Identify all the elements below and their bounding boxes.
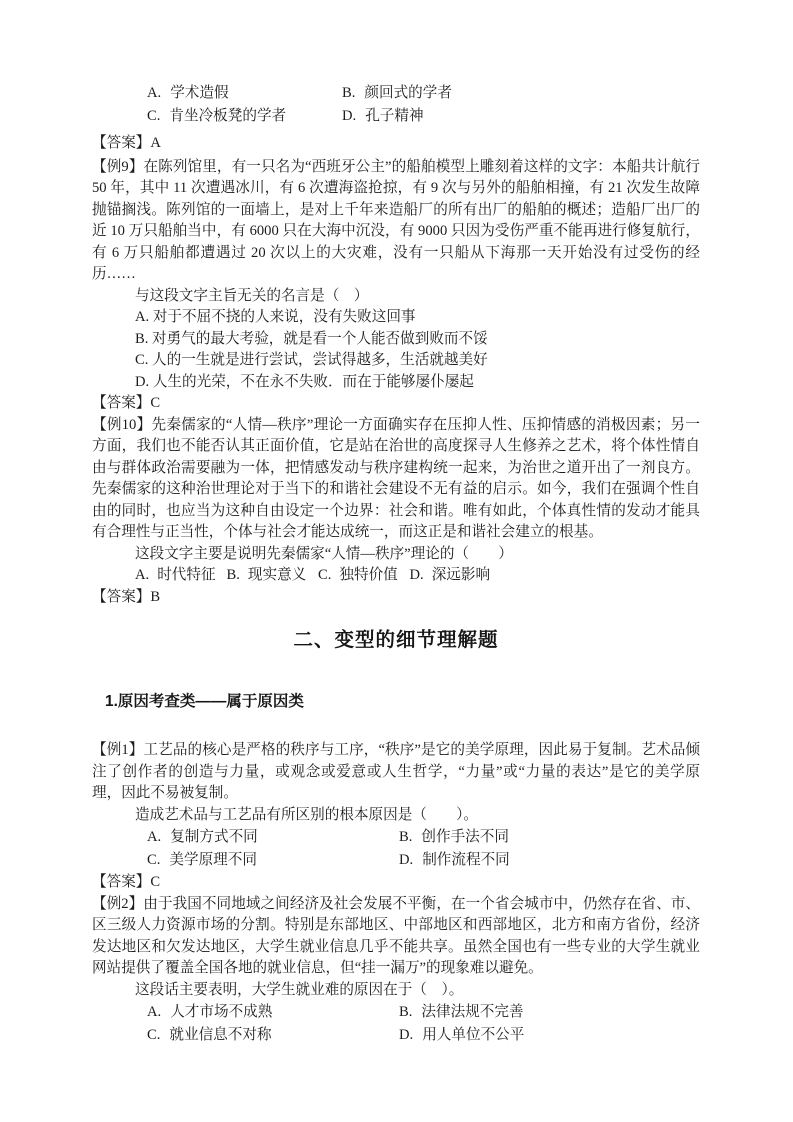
sub-heading: 1.原因考查类——属于原因类 bbox=[105, 691, 700, 713]
answer-line: 【答案】B bbox=[92, 587, 700, 609]
answer-value: B bbox=[150, 589, 160, 605]
option-text: 颜回式的学者 bbox=[364, 85, 452, 101]
question-block-example10: 【例10】先秦儒家的“人情—秩序”理论一方面确实存在压抑人性、压抑情感的消极因素… bbox=[92, 415, 700, 609]
options-grid: A.人才市场不成熟 B.法律法规不完善 C.就业信息不对称 D.用人单位不公平 bbox=[92, 1001, 700, 1047]
option-b: B.法律法规不完善 bbox=[399, 1001, 524, 1024]
option-row: C.美学原理不同 D.制作流程不同 bbox=[92, 849, 700, 872]
option-text: 就业信息不对称 bbox=[169, 1027, 271, 1043]
option-b: B. 对勇气的最大考验，就是看一个人能否做到败而不馁 bbox=[92, 329, 700, 351]
option-text: 独特价值 bbox=[339, 567, 397, 583]
question-block-example1: 【例1】工艺品的核心是严格的秩序与工序，“秩序”是它的美学原理，因此易于复制。艺… bbox=[92, 740, 700, 894]
option-d: D. 人生的光荣，不在永不失败．而在于能够屡仆屡起 bbox=[92, 372, 700, 394]
question-line: 这段文字主要是说明先秦儒家“人情—秩序”理论的（ ） bbox=[92, 544, 700, 566]
option-text: 创作手法不同 bbox=[421, 829, 509, 845]
option-letter: D. bbox=[342, 105, 356, 128]
options-row: A.时代特征B.现实意义C.独特价值D.深远影响 bbox=[92, 565, 700, 587]
section-heading: 二、变型的细节理解题 bbox=[92, 626, 700, 654]
option-d: D.孔子精神 bbox=[342, 105, 424, 128]
answer-line: 【答案】C bbox=[92, 393, 700, 415]
option-letter: B. bbox=[227, 565, 240, 587]
option-d: D.用人单位不公平 bbox=[399, 1024, 524, 1047]
answer-line: 【答案】A bbox=[92, 133, 700, 155]
option-c: C. 人的一生就是进行尝试，尝试得越多，生活就越美好 bbox=[92, 350, 700, 372]
option-a: A.学术造假 bbox=[147, 82, 342, 105]
option-letter: D. bbox=[399, 849, 413, 872]
stem-paragraph: 【例1】工艺品的核心是严格的秩序与工序，“秩序”是它的美学原理，因此易于复制。艺… bbox=[92, 740, 700, 805]
option-b: B.创作手法不同 bbox=[399, 826, 509, 849]
answer-line: 【答案】C bbox=[92, 872, 700, 894]
answer-label: 【答案】 bbox=[92, 395, 150, 411]
document-page: A.学术造假 B.颜回式的学者 C.肯坐冷板凳的学者 D.孔子精神 【答案】A … bbox=[0, 0, 793, 1122]
option-text: 法律法规不完善 bbox=[421, 1004, 523, 1020]
option-text: 孔子精神 bbox=[365, 108, 423, 124]
option-letter: C. bbox=[147, 1024, 160, 1047]
option-letter: C. bbox=[147, 105, 160, 128]
answer-label: 【答案】 bbox=[92, 135, 150, 151]
answer-value: C bbox=[150, 395, 160, 411]
option-row: A.学术造假 B.颜回式的学者 bbox=[92, 82, 700, 105]
option-c: C.肯坐冷板凳的学者 bbox=[147, 105, 342, 128]
question-line: 这段话主要表明，大学生就业难的原因在于（ ）。 bbox=[92, 980, 700, 1002]
option-letter: A. bbox=[147, 1001, 161, 1024]
option-letter: D. bbox=[410, 565, 424, 587]
option-d: D.深远影响 bbox=[410, 565, 491, 587]
option-letter: B. bbox=[399, 1001, 412, 1024]
option-a: A.人才市场不成熟 bbox=[147, 1001, 399, 1024]
option-letter: D. bbox=[399, 1024, 413, 1047]
answer-label: 【答案】 bbox=[92, 589, 150, 605]
stem-paragraph: 【例9】在陈列馆里，有一只名为“西班牙公主”的船舶模型上雕刻着这样的文字：本船共… bbox=[92, 157, 700, 286]
option-row: A.人才市场不成熟 B.法律法规不完善 bbox=[92, 1001, 700, 1024]
option-text: 制作流程不同 bbox=[422, 852, 510, 868]
options-grid: A.复制方式不同 B.创作手法不同 C.美学原理不同 D.制作流程不同 bbox=[92, 826, 700, 872]
option-text: 美学原理不同 bbox=[169, 852, 257, 868]
option-letter: A. bbox=[135, 565, 149, 587]
option-a: A.时代特征 bbox=[135, 565, 227, 587]
option-text: 时代特征 bbox=[157, 567, 215, 583]
question-line: 与这段文字主旨无关的名言是（ ） bbox=[92, 286, 700, 308]
option-letter: C. bbox=[318, 565, 331, 587]
option-text: 学术造假 bbox=[170, 85, 228, 101]
question-block-example2: 【例2】由于我国不同地域之间经济及社会发展不平衡，在一个省会城市中，仍然存在省、… bbox=[92, 894, 700, 1048]
answer-label: 【答案】 bbox=[92, 874, 150, 890]
option-text: 肯坐冷板凳的学者 bbox=[169, 108, 286, 124]
option-text: 用人单位不公平 bbox=[422, 1027, 524, 1043]
question-block-example9: 【例9】在陈列馆里，有一只名为“西班牙公主”的船舶模型上雕刻着这样的文字：本船共… bbox=[92, 157, 700, 415]
stem-paragraph: 【例2】由于我国不同地域之间经济及社会发展不平衡，在一个省会城市中，仍然存在省、… bbox=[92, 894, 700, 980]
option-letter: B. bbox=[399, 826, 412, 849]
option-text: 现实意义 bbox=[248, 567, 306, 583]
answer-value: A bbox=[150, 135, 161, 151]
option-row: C.就业信息不对称 D.用人单位不公平 bbox=[92, 1024, 700, 1047]
option-d: D.制作流程不同 bbox=[399, 849, 510, 872]
option-row: A.复制方式不同 B.创作手法不同 bbox=[92, 826, 700, 849]
option-b: B.颜回式的学者 bbox=[342, 82, 452, 105]
option-c: C.独特价值 bbox=[318, 565, 410, 587]
option-text: 复制方式不同 bbox=[170, 829, 258, 845]
option-letter: C. bbox=[147, 849, 160, 872]
answer-value: C bbox=[150, 874, 160, 890]
stem-paragraph: 【例10】先秦儒家的“人情—秩序”理论一方面确实存在压抑人性、压抑情感的消极因素… bbox=[92, 415, 700, 544]
option-b: B.现实意义 bbox=[227, 565, 319, 587]
option-text: 人才市场不成熟 bbox=[170, 1004, 272, 1020]
option-c: C.美学原理不同 bbox=[147, 849, 399, 872]
prev-question-options: A.学术造假 B.颜回式的学者 C.肯坐冷板凳的学者 D.孔子精神 bbox=[92, 82, 700, 128]
option-a: A. 对于不屈不挠的人来说，没有失败这回事 bbox=[92, 307, 700, 329]
option-letter: A. bbox=[147, 826, 161, 849]
option-row: C.肯坐冷板凳的学者 D.孔子精神 bbox=[92, 105, 700, 128]
option-a: A.复制方式不同 bbox=[147, 826, 399, 849]
option-letter: B. bbox=[342, 82, 355, 105]
option-letter: A. bbox=[147, 82, 161, 105]
question-line: 造成艺术品与工艺品有所区别的根本原因是（ ）。 bbox=[92, 805, 700, 827]
option-text: 深远影响 bbox=[432, 567, 490, 583]
option-c: C.就业信息不对称 bbox=[147, 1024, 399, 1047]
